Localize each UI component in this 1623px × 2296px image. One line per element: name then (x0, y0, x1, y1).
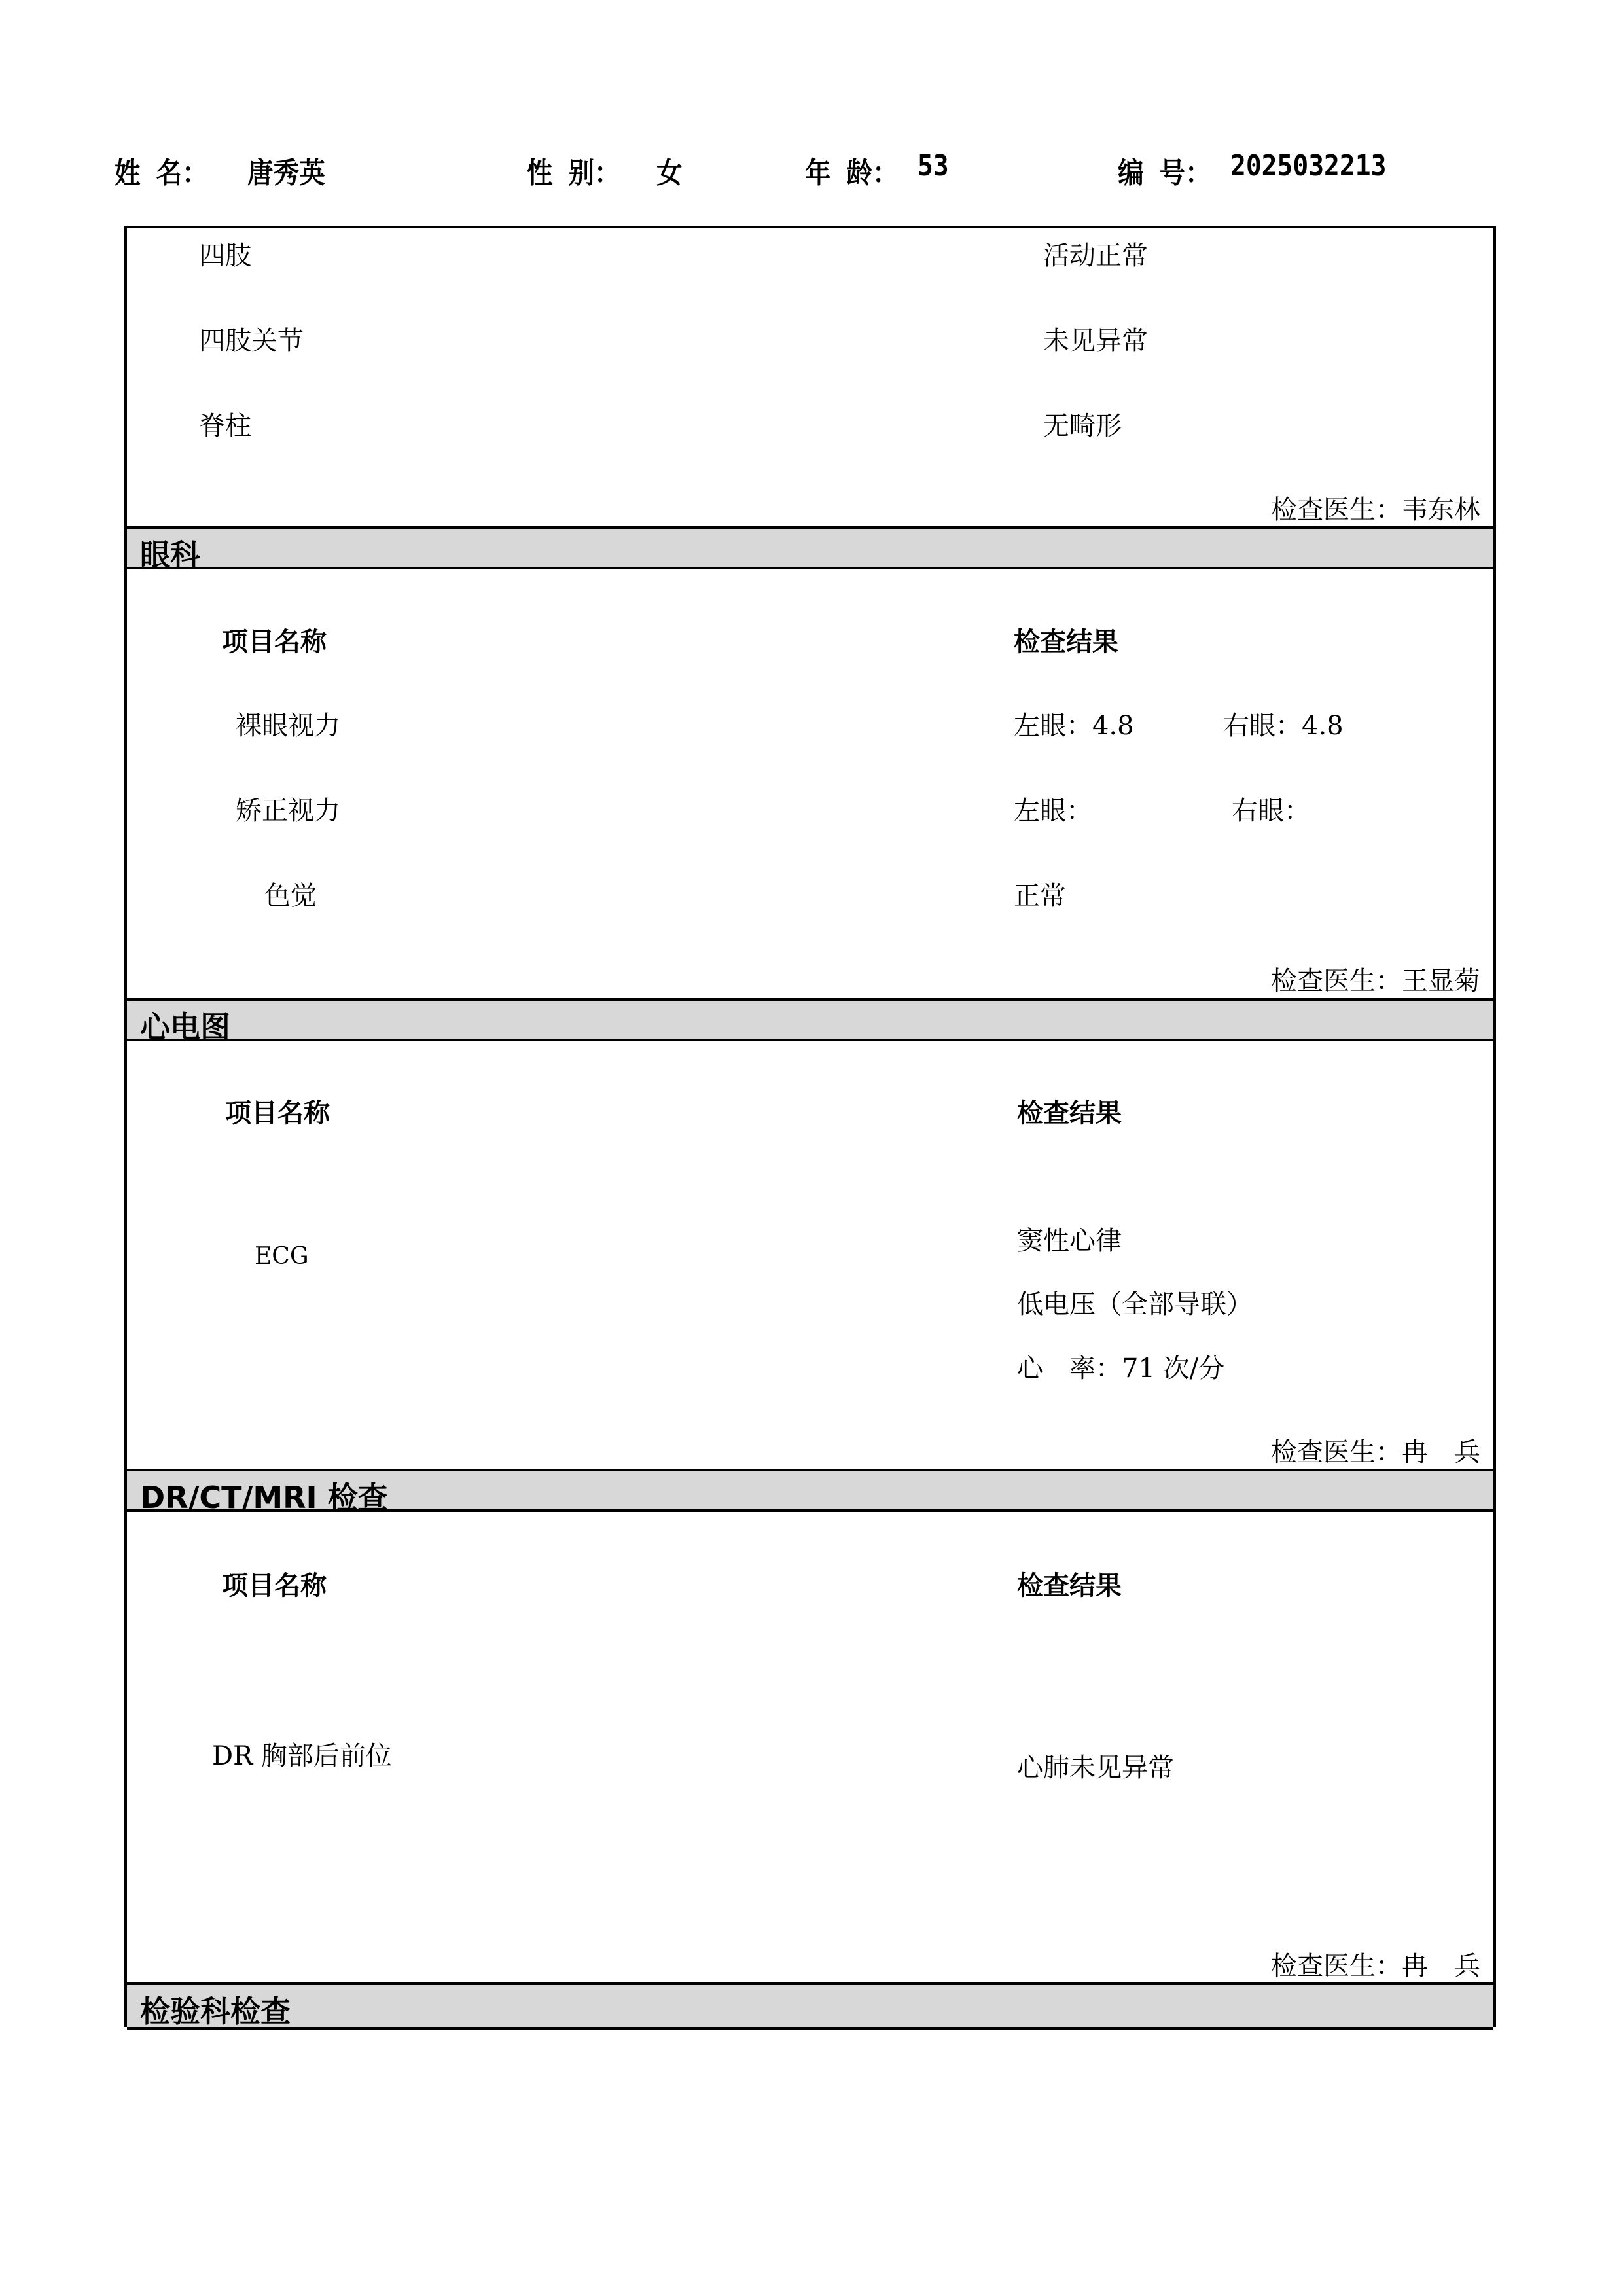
ecg-result: 心 率：71 次/分 (1017, 1348, 1224, 1385)
item-name: 脊柱 (199, 405, 251, 442)
section-header-imaging: DR/CT/MRI 检查 (127, 1469, 1493, 1512)
section-header-ophthalmology: 眼科 (127, 526, 1493, 569)
doctor-signature: 检查医生：王显菊 (1271, 960, 1480, 997)
item-name: 裸眼视力 (236, 705, 340, 742)
item-name: 色觉 (264, 875, 317, 912)
item-result: 正常 (1014, 875, 1066, 912)
patient-age: 53 (918, 149, 949, 183)
report-frame: 四肢 活动正常 四肢关节 未见异常 脊柱 无畸形 检查医生：韦东林 眼科 项目名… (124, 226, 1496, 2027)
ecg-result: 低电压（全部导联） (1017, 1283, 1253, 1321)
patient-gender: 女 (656, 149, 683, 191)
doctor-signature: 检查医生：冉 兵 (1271, 1945, 1480, 1982)
section-header-ecg: 心电图 (127, 998, 1493, 1041)
item-name: 矫正视力 (236, 790, 340, 827)
column-header-item: 项目名称 (225, 1092, 330, 1130)
section-title: 检验科检查 (140, 1988, 291, 2031)
column-header-item: 项目名称 (222, 621, 327, 658)
section-title: DR/CT/MRI 检查 (140, 1474, 388, 1517)
item-name: 四肢关节 (199, 320, 304, 357)
doctor-signature: 检查医生：韦东林 (1271, 489, 1480, 526)
patient-id: 2025032213 (1230, 149, 1386, 183)
section-header-lab: 检验科检查 (127, 1982, 1493, 2030)
item-name: 四肢 (199, 235, 251, 272)
section-title: 心电图 (140, 1003, 230, 1047)
left-eye-value: 左眼： (1014, 790, 1092, 827)
item-result: 无畸形 (1043, 405, 1122, 442)
section-title: 眼科 (140, 531, 200, 575)
doctor-signature: 检查医生：冉 兵 (1271, 1431, 1480, 1469)
item-result: 心肺未见异常 (1017, 1747, 1174, 1784)
column-header-result: 检查结果 (1017, 1092, 1122, 1130)
age-label: 年 龄： (805, 149, 899, 191)
right-eye-value: 右眼：4.8 (1223, 705, 1344, 742)
gender-label: 性 别： (527, 149, 620, 191)
name-label: 姓 名： (115, 149, 208, 191)
ecg-result: 窦性心律 (1017, 1220, 1122, 1257)
id-label: 编 号： (1118, 149, 1211, 191)
column-header-result: 检查结果 (1017, 1565, 1122, 1602)
right-eye-value: 右眼： (1232, 790, 1310, 827)
left-eye-value: 左眼：4.8 (1014, 705, 1134, 742)
column-header-item: 项目名称 (222, 1565, 327, 1602)
patient-name: 唐秀英 (247, 149, 325, 191)
item-result: 未见异常 (1043, 320, 1148, 357)
column-header-result: 检查结果 (1014, 621, 1118, 658)
item-result: 活动正常 (1043, 235, 1148, 272)
item-name: ECG (255, 1243, 309, 1270)
item-name: DR 胸部后前位 (212, 1735, 392, 1772)
